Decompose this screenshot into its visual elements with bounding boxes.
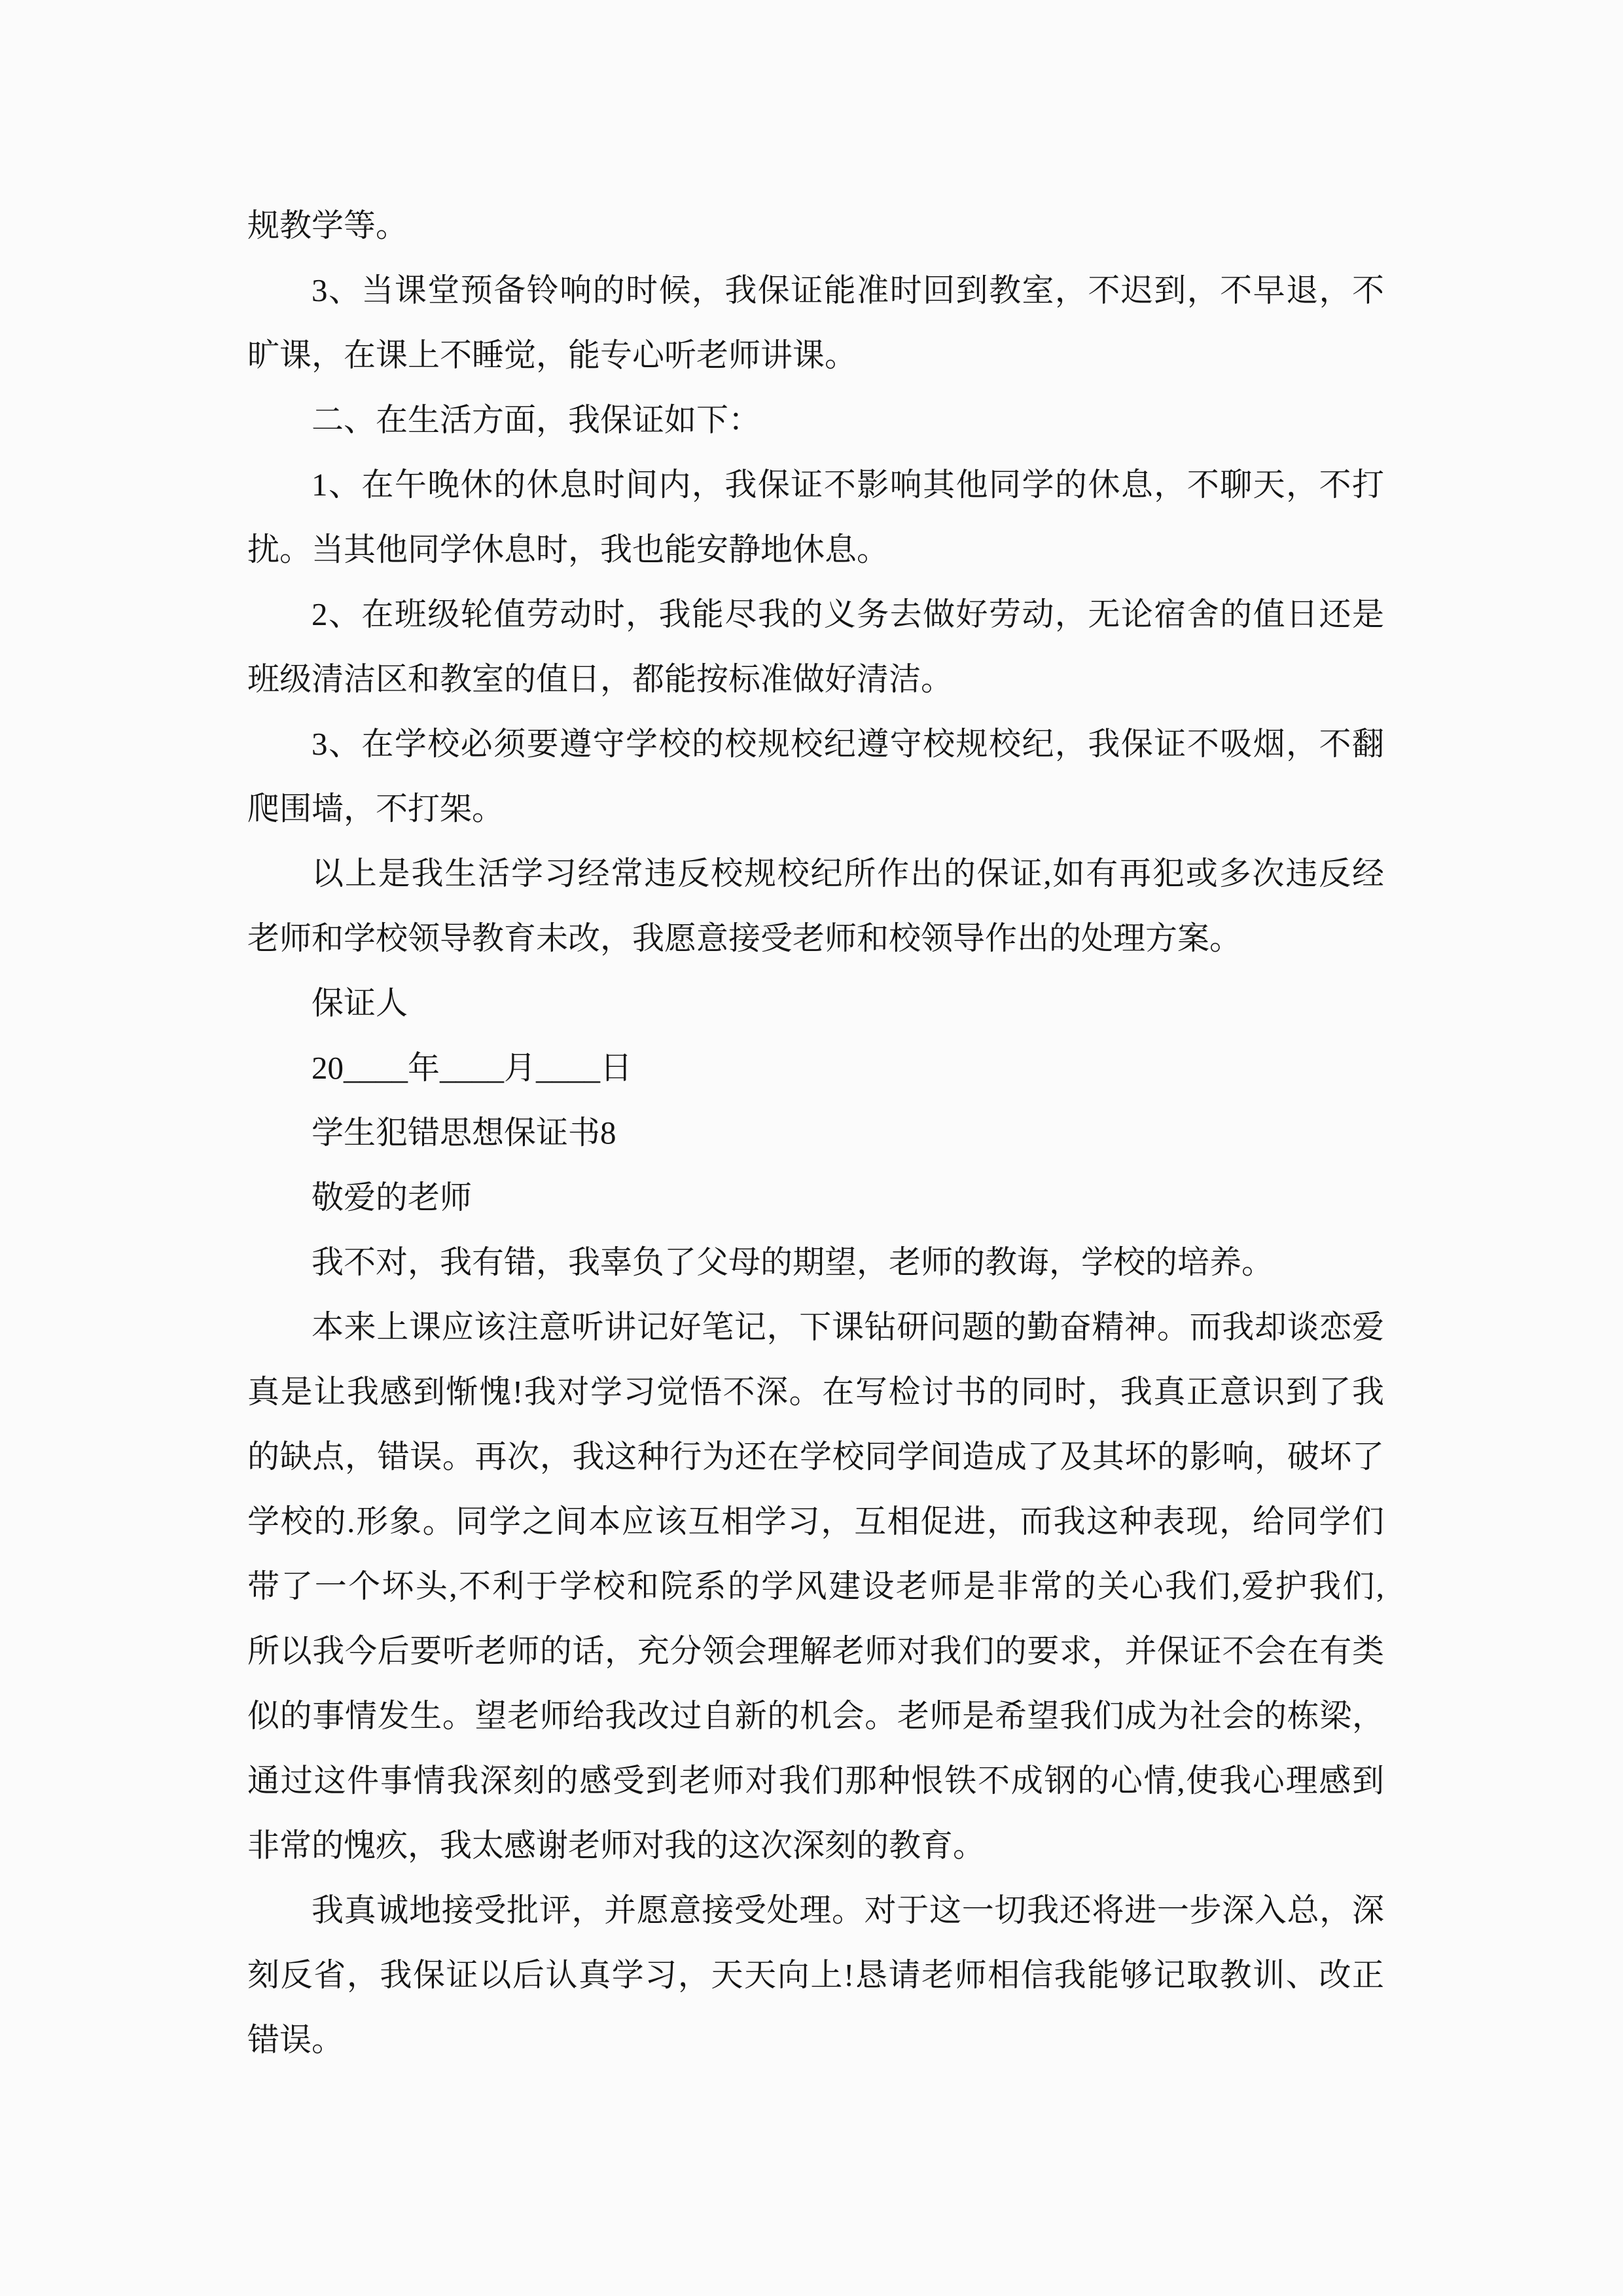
- text-line: 规教学等。: [247, 193, 1384, 258]
- text-line: 通过这件事情我深刻的感受到老师对我们那种恨铁不成钢的心情,使我心理感到: [247, 1748, 1384, 1813]
- text-line: 3、当课堂预备铃响的时候，我保证能准时回到教室，不迟到，不早退，不: [247, 258, 1384, 323]
- text-line: 学生犯错思想保证书8: [247, 1100, 1384, 1165]
- text-line: 学校的.形象。同学之间本应该互相学习，互相促进，而我这种表现，给同学们: [247, 1489, 1384, 1554]
- text-line: 非常的愧疚，我太感谢老师对我的这次深刻的教育。: [247, 1813, 1384, 1878]
- text-line: 以上是我生活学习经常违反校规校纪所作出的保证,如有再犯或多次违反经: [247, 841, 1384, 906]
- text-line: 保证人: [247, 971, 1384, 1035]
- text-line: 似的事情发生。望老师给我改过自新的机会。老师是希望我们成为社会的栋梁，: [247, 1683, 1384, 1748]
- document-page: 规教学等。3、当课堂预备铃响的时候，我保证能准时回到教室，不迟到，不早退，不旷课…: [0, 0, 1623, 2296]
- text-line: 敬爱的老师: [247, 1165, 1384, 1230]
- text-line: 我真诚地接受批评，并愿意接受处理。对于这一切我还将进一步深入总，深: [247, 1878, 1384, 1943]
- text-line: 错误。: [247, 2007, 1384, 2072]
- text-line: 20____年____月____日: [247, 1035, 1384, 1100]
- text-line: 1、在午晚休的休息时间内，我保证不影响其他同学的休息，不聊天，不打: [247, 452, 1384, 517]
- text-line: 2、在班级轮值劳动时，我能尽我的义务去做好劳动，无论宿舍的值日还是: [247, 582, 1384, 647]
- text-line: 扰。当其他同学休息时，我也能安静地休息。: [247, 517, 1384, 582]
- text-line: 二、在生活方面，我保证如下：: [247, 387, 1384, 452]
- text-line: 所以我今后要听老师的话，充分领会理解老师对我们的要求，并保证不会在有类: [247, 1619, 1384, 1683]
- text-line: 的缺点，错误。再次，我这种行为还在学校同学间造成了及其坏的影响，破坏了: [247, 1424, 1384, 1489]
- text-line: 带了一个坏头,不利于学校和院系的学风建设老师是非常的关心我们,爱护我们,: [247, 1554, 1384, 1619]
- text-line: 旷课，在课上不睡觉，能专心听老师讲课。: [247, 323, 1384, 387]
- text-line: 3、在学校必须要遵守学校的校规校纪遵守校规校纪，我保证不吸烟，不翻: [247, 711, 1384, 776]
- text-line: 刻反省，我保证以后认真学习，天天向上!恳请老师相信我能够记取教训、改正: [247, 1943, 1384, 2007]
- text-line: 班级清洁区和教室的值日，都能按标准做好清洁。: [247, 647, 1384, 711]
- text-line: 老师和学校领导教育未改，我愿意接受老师和校领导作出的处理方案。: [247, 906, 1384, 971]
- text-line: 爬围墙，不打架。: [247, 776, 1384, 841]
- text-line: 本来上课应该注意听讲记好笔记，下课钻研问题的勤奋精神。而我却谈恋爱: [247, 1295, 1384, 1359]
- text-line: 真是让我感到惭愧!我对学习觉悟不深。在写检讨书的同时，我真正意识到了我: [247, 1359, 1384, 1424]
- text-line: 我不对，我有错，我辜负了父母的期望，老师的教诲，学校的培养。: [247, 1230, 1384, 1295]
